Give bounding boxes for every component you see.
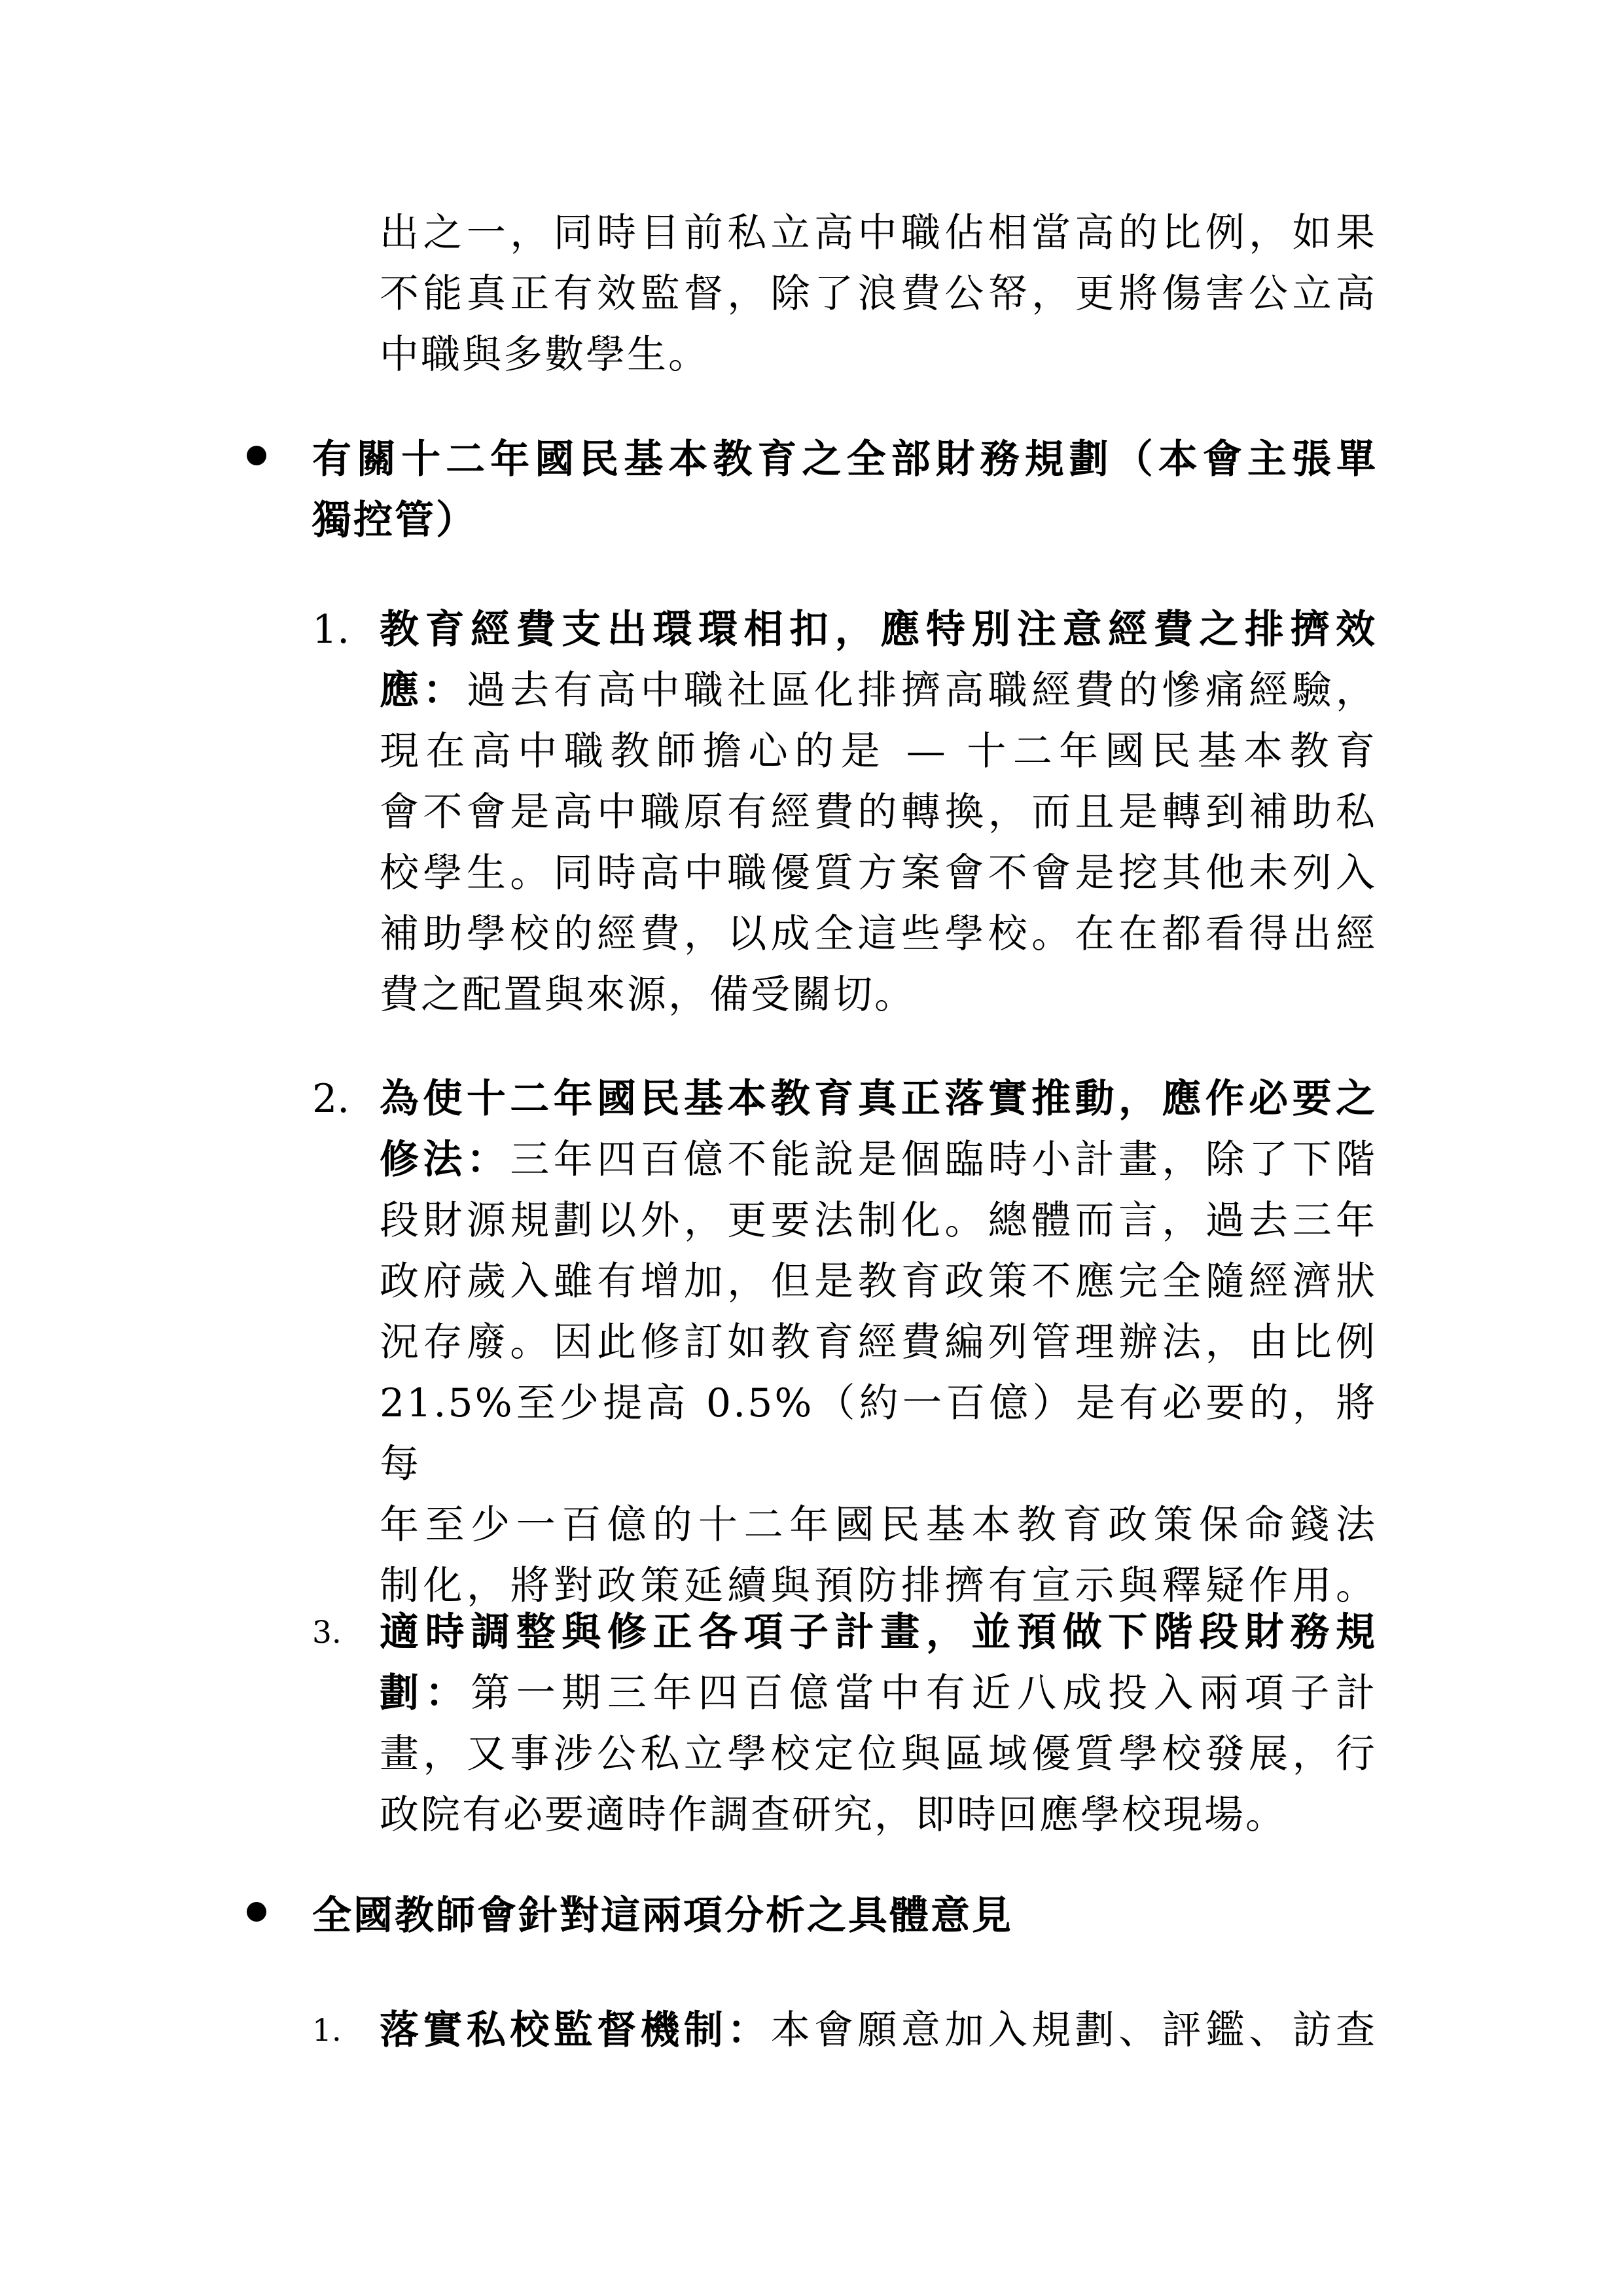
text-line: 校學生。同時高中職優質方案會不會是挖其他未列入 [380, 843, 1377, 904]
text-line: 適時調整與修正各項子計畫，並預做下階段財務規 [380, 1602, 1377, 1663]
text-line: 修法：三年四百億不能說是個臨時小計畫，除了下階 [380, 1130, 1377, 1191]
item-number: 3. [312, 1602, 342, 1663]
text-line: 畫，又事涉公私立學校定位與區域優質學校發展，行 [380, 1724, 1377, 1785]
text-line: 不能真正有效監督，除了浪費公帑，更將傷害公立高 [380, 264, 1377, 325]
item-number: 2. [312, 1069, 349, 1130]
text-line: 現在高中職教師擔心的是 — 十二年國民基本教育 [380, 721, 1377, 782]
text-line: 中職與多數學生。 [380, 325, 1377, 386]
text-line: 政院有必要適時作調查研究，即時回應學校現場。 [380, 1785, 1377, 1846]
numbered-item-subplan-adjustment: 適時調整與修正各項子計畫，並預做下階段財務規 劃：第一期三年四百億當中有近八成投… [380, 1602, 1377, 1846]
document-page: 出之一，同時目前私立高中職佔相當高的比例，如果 不能真正有效監督，除了浪費公帑，… [0, 0, 1623, 2296]
continuation-paragraph: 出之一，同時目前私立高中職佔相當高的比例，如果 不能真正有效監督，除了浪費公帑，… [380, 203, 1377, 386]
text-line: 為使十二年國民基本教育真正落實推動，應作必要之 [380, 1069, 1377, 1130]
text-line: 獨控管） [312, 490, 1378, 551]
text-line: 會不會是高中職原有經費的轉換，而且是轉到補助私 [380, 782, 1377, 843]
text-line: 年至少一百億的十二年國民基本教育政策保命錢法 [380, 1495, 1377, 1556]
bullet-item-association-opinions: 全國教師會針對這兩項分析之具體意見 [312, 1886, 1378, 1946]
text-line: 應：過去有高中職社區化排擠高職經費的慘痛經驗， [380, 660, 1377, 721]
text-line: 有關十二年國民基本教育之全部財務規劃（本會主張單 [312, 429, 1378, 490]
text-line: 劃：第一期三年四百億當中有近八成投入兩項子計 [380, 1663, 1377, 1724]
text-line: 政府歲入雖有增加，但是教育政策不應完全隨經濟狀 [380, 1251, 1377, 1312]
item-number: 1. [312, 2000, 342, 2061]
text-line: 補助學校的經費，以成全這些學校。在在都看得出經 [380, 904, 1377, 965]
bullet-marker-icon [247, 446, 266, 465]
text-line: 教育經費支出環環相扣，應特別注意經費之排擠效 [380, 600, 1377, 660]
bullet-marker-icon [247, 1902, 266, 1922]
text-line: 全國教師會針對這兩項分析之具體意見 [312, 1886, 1378, 1946]
item-number: 1. [312, 600, 349, 660]
text-line: 況存廢。因此修訂如教育經費編列管理辦法，由比例 [380, 1312, 1377, 1373]
text-line: 出之一，同時目前私立高中職佔相當高的比例，如果 [380, 203, 1377, 264]
text-line: 段財源規劃以外，更要法制化。總體而言，過去三年 [380, 1191, 1377, 1251]
bullet-item-finance-plan: 有關十二年國民基本教育之全部財務規劃（本會主張單 獨控管） [312, 429, 1378, 551]
numbered-item-legislation: 為使十二年國民基本教育真正落實推動，應作必要之 修法：三年四百億不能說是個臨時小… [380, 1069, 1377, 1617]
text-line: 費之配置與來源，備受關切。 [380, 965, 1377, 1026]
text-line: 21.5%至少提高 0.5%（約一百億）是有必要的，將每 [380, 1373, 1377, 1495]
numbered-item-private-school-supervision: 落實私校監督機制：本會願意加入規劃、評鑑、訪查 [380, 2000, 1377, 2061]
text-line: 落實私校監督機制：本會願意加入規劃、評鑑、訪查 [380, 2000, 1377, 2061]
numbered-item-budget-crowding: 教育經費支出環環相扣，應特別注意經費之排擠效 應：過去有高中職社區化排擠高職經費… [380, 600, 1377, 1026]
